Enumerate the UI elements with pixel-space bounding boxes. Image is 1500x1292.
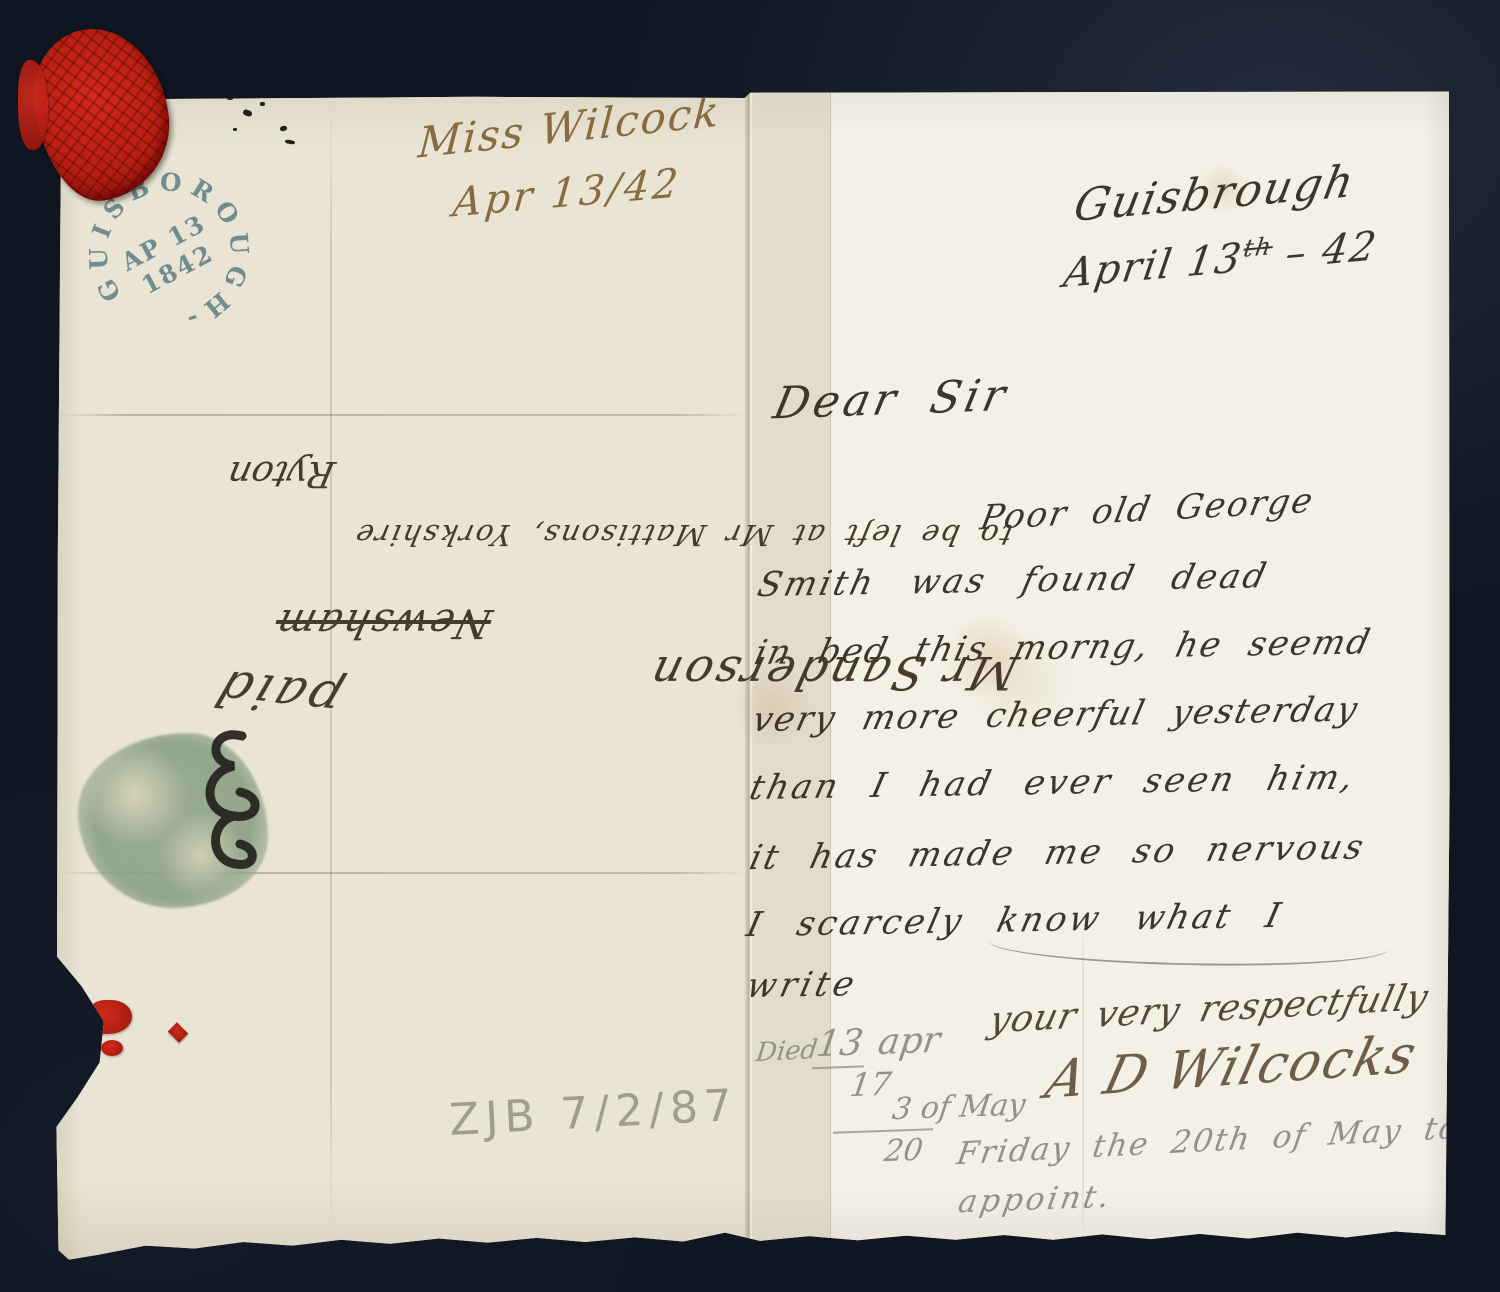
pencil-date-1-day: 13: [812, 1022, 870, 1069]
photographed-letter-scene: GUISBOROUGH- AP 13 1842 Miss Wilcock Apr…: [0, 0, 1500, 1292]
pencil-died-label: Died: [754, 1035, 819, 1068]
letter-sheet: GUISBOROUGH- AP 13 1842 Miss Wilcock Apr…: [55, 88, 1451, 1262]
ink-speck: [260, 102, 265, 106]
pencil-date-1: 13 apr: [812, 1020, 943, 1066]
postal-curl-mark: [190, 726, 274, 894]
pencil-date-2: 17: [848, 1065, 894, 1105]
body-line: write: [743, 964, 862, 1006]
address-county: Ryton: [224, 453, 339, 494]
horizontal-crease: [57, 414, 747, 416]
letter-date-ordinal: th: [1242, 232, 1276, 263]
address-place-struck: Newsham: [270, 600, 496, 646]
pencil-date-3: 3 of May: [890, 1087, 1028, 1127]
wax-remnant: [101, 1040, 123, 1056]
ink-speck: [233, 128, 237, 131]
ink-speck: [227, 96, 233, 100]
address-care-of: to be left at Mr Mattisons, Yorkshire: [350, 518, 1015, 552]
pencil-date-1-month: apr: [875, 1020, 942, 1063]
pencil-date-4: 20: [882, 1133, 925, 1170]
letter-date-year: – 42: [1282, 223, 1381, 278]
salutation: Dear Sir: [769, 370, 1014, 430]
pencil-appoint-note: appoint.: [956, 1179, 1115, 1221]
